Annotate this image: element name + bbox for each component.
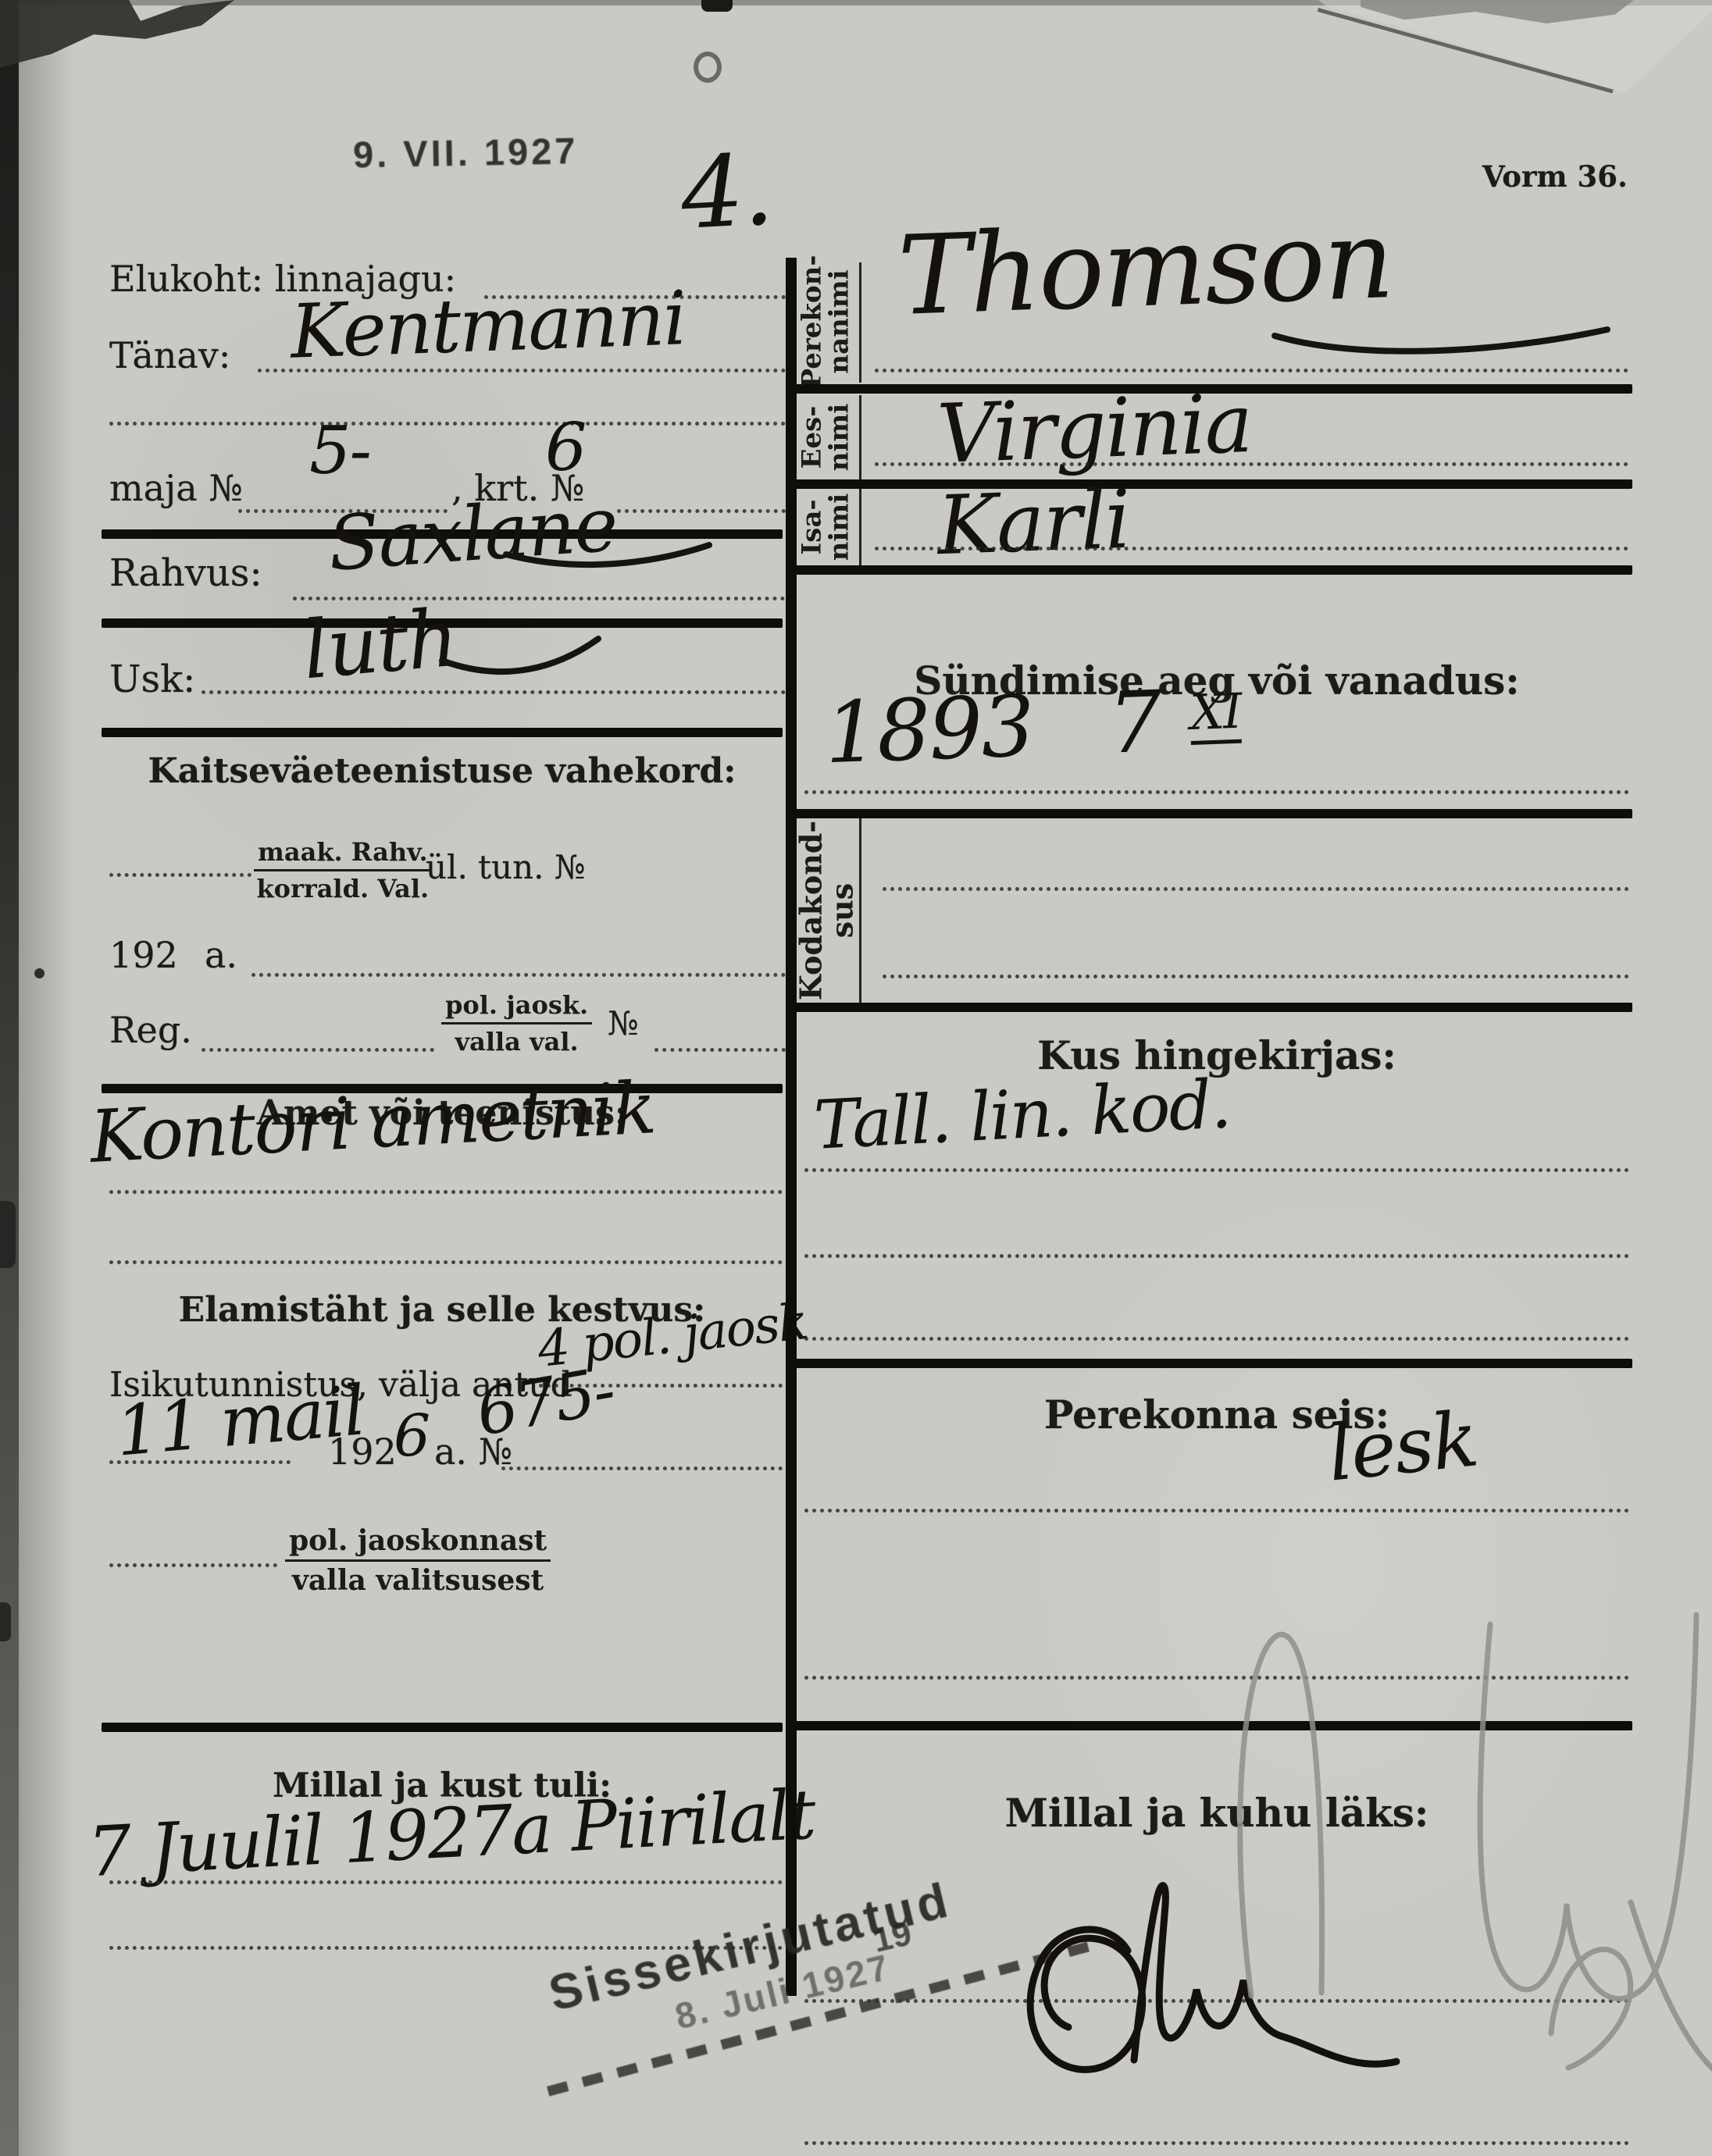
left-edge-blob-1	[0, 1201, 16, 1268]
rule	[786, 1003, 1632, 1012]
dotted-line	[109, 1190, 783, 1194]
id-year-printed: 192	[328, 1431, 397, 1473]
street-label: Tänav:	[109, 334, 230, 376]
dotted-line	[109, 1460, 291, 1464]
firstname-label-cell: Ees- nimi	[792, 397, 861, 478]
dotted-line	[804, 1254, 1629, 1258]
departure-header: Millal ja kuhu läks:	[804, 1790, 1629, 1836]
religion-value-handwritten: luth	[299, 592, 461, 698]
dotted-line	[109, 1563, 277, 1567]
dotted-line	[875, 547, 1628, 551]
fold-crease-line	[1318, 8, 1614, 94]
dotted-line	[202, 690, 786, 694]
left-scan-edge	[0, 0, 19, 2156]
military-authority-fraction: maak. Rahv. korrald. Val.	[254, 837, 432, 903]
left-edge-blob-2	[0, 1602, 11, 1641]
dotted-line	[804, 1168, 1629, 1172]
reg-label: Reg.	[109, 1009, 192, 1051]
rule	[786, 479, 1632, 489]
dotted-line	[501, 1466, 783, 1470]
rule	[102, 1723, 783, 1732]
surname-value-handwritten: Thomson	[896, 196, 1394, 340]
street-value-handwritten: Kentmanni	[289, 276, 687, 376]
marital-status-header: Perekonna seis:	[804, 1392, 1629, 1438]
date-stamp: 9. VII. 1927	[353, 129, 579, 176]
dotted-line	[804, 2141, 1629, 2145]
rule	[786, 1359, 1632, 1368]
dotted-line	[875, 462, 1628, 466]
label-separator	[859, 395, 861, 479]
dotted-line	[109, 422, 786, 426]
rule	[102, 728, 783, 737]
year-192-label: 192	[109, 934, 178, 976]
birth-year: 1893	[823, 678, 1035, 782]
reg-number-sign: №	[608, 1004, 639, 1042]
dotted-line	[109, 1880, 783, 1884]
dotted-line	[883, 975, 1629, 978]
dotted-line	[202, 1048, 434, 1052]
id-year-handwritten-digit: 6	[394, 1402, 429, 1470]
dotted-line	[875, 369, 1628, 372]
father-name-label: Isa-	[797, 499, 828, 554]
rule	[786, 565, 1632, 575]
rule	[786, 1721, 1632, 1730]
torn-corner-top-left	[0, 0, 234, 75]
parish-register-value-handwritten: Tall. lin. kod.	[812, 1065, 1232, 1165]
surname-label-cell: Perekon- nanimi	[792, 262, 861, 381]
dotted-line	[804, 790, 1629, 794]
occupation-value-handwritten: Kontori ametnik	[88, 1066, 657, 1179]
top-edge-shadow	[0, 0, 1712, 5]
apartment-number-value: 6	[545, 409, 585, 486]
citizenship-label: Kodakond-	[793, 821, 828, 1000]
dotted-line	[617, 509, 786, 513]
birth-month: XI	[1189, 682, 1241, 745]
father-name-label-cell: Isa- nimi	[792, 490, 861, 564]
nationality-value-handwritten: Saxlane	[326, 480, 620, 588]
left-edge-shadow	[19, 0, 73, 2156]
dotted-line	[804, 1676, 1629, 1680]
dotted-line	[251, 973, 786, 977]
citizenship-label-cell: Kodakond- sus	[792, 820, 861, 1001]
house-number-label: maja №	[109, 467, 243, 509]
year-a-label: a.	[205, 934, 237, 976]
label-separator	[859, 818, 861, 1003]
dotted-line	[654, 1048, 786, 1052]
firstname-label: Ees-	[797, 406, 828, 469]
religion-label: Usk:	[109, 657, 195, 701]
father-name-value-handwritten: Karli	[936, 472, 1131, 574]
birth-day: 7	[1107, 673, 1162, 772]
dotted-line	[804, 1509, 1629, 1513]
ink-dot	[34, 968, 45, 978]
issuer-fraction: pol. jaoskonnast valla valitsusest	[285, 1524, 551, 1597]
marital-status-value-handwritten: lesk	[1324, 1395, 1482, 1499]
dotted-line	[109, 1260, 783, 1264]
surname-label: Perekon-	[797, 255, 828, 389]
small-smudge	[694, 52, 722, 83]
form-number: Vorm 36.	[1482, 159, 1628, 194]
label-separator	[859, 489, 861, 565]
military-service-header: Kaitseväeteenistuse vahekord:	[102, 751, 783, 791]
fold-shadow-top-right	[1361, 0, 1634, 23]
house-number-value: 5-	[309, 412, 370, 489]
birth-date-handwritten: 1893 7 XI	[823, 671, 1243, 783]
fold-light-area	[1318, 0, 1712, 97]
district-value-handwritten: 4.	[678, 132, 775, 251]
label-separator	[859, 262, 861, 383]
dotted-line	[804, 1337, 1629, 1341]
military-certificate-label: ül. tun. №	[426, 848, 586, 886]
nationality-label: Rahvus:	[109, 551, 262, 595]
top-center-notch	[701, 0, 733, 12]
scanned-registration-form: 9. VII. 1927 Vorm 36. Elukoht: linnajagu…	[0, 0, 1712, 2156]
dotted-line	[804, 1999, 1629, 2003]
dotted-line	[258, 369, 786, 372]
dotted-line	[109, 873, 251, 877]
ink-signature	[1030, 1886, 1396, 2070]
dotted-line	[883, 887, 1629, 891]
reg-authority-fraction: pol. jaosk. valla val.	[441, 990, 592, 1057]
rule	[786, 809, 1632, 818]
